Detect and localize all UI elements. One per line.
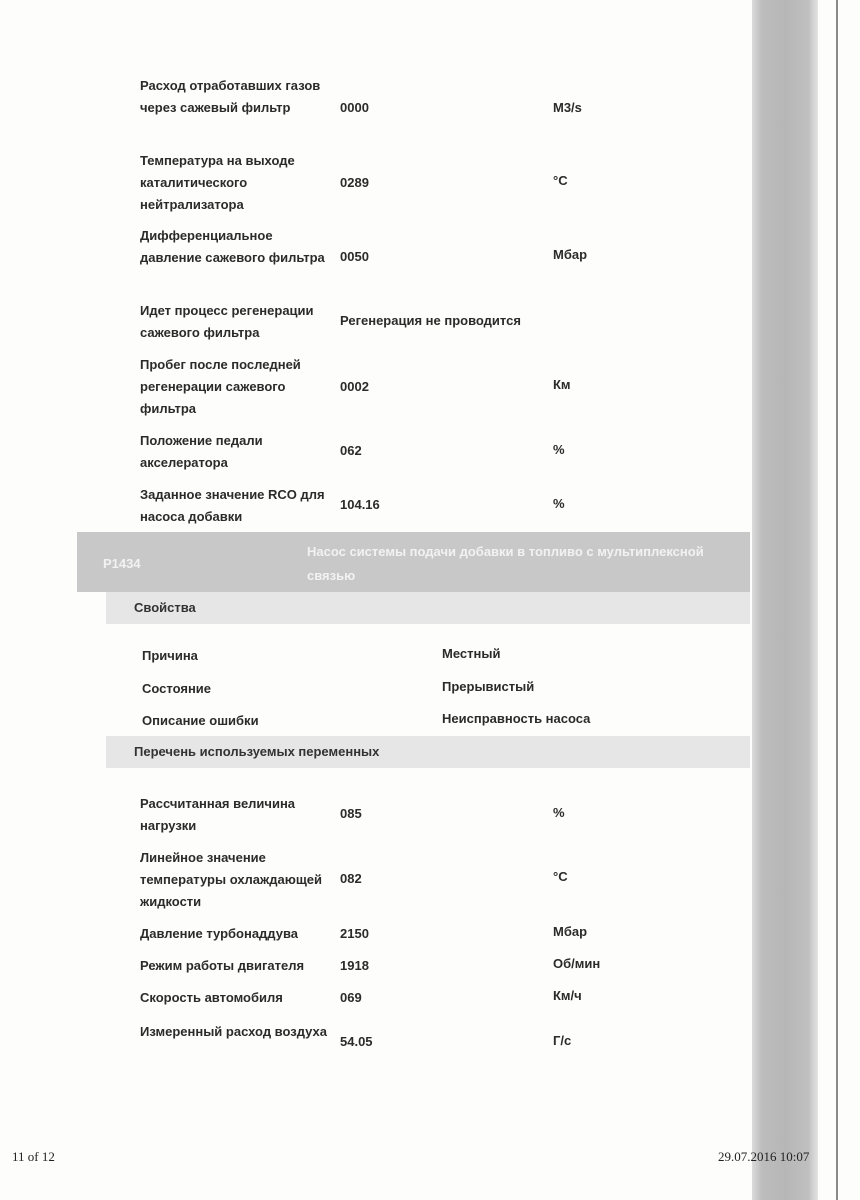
variable-label: Пробег после последней регенерации сажев… [140, 354, 335, 420]
variable-value: 0000 [340, 97, 369, 119]
property-row: Описание ошибки Неисправность насоса [142, 713, 742, 728]
variable-unit: Г/с [553, 1030, 571, 1052]
variable-row: Расход отработавших газов через сажевый … [140, 75, 740, 141]
property-label: Описание ошибки [142, 713, 259, 728]
variable-value: 2150 [340, 923, 369, 945]
variable-value: 54.05 [340, 1031, 373, 1053]
variable-row: Режим работы двигателя 1918 Об/мин [140, 955, 740, 977]
variable-label: Режим работы двигателя [140, 955, 340, 977]
property-label: Причина [142, 648, 198, 663]
variable-row: Дифференциальное давление сажевого фильт… [140, 225, 740, 291]
variable-unit: Мбар [553, 244, 587, 266]
variable-value: 104.16 [340, 494, 380, 516]
variables-title: Перечень используемых переменных [134, 744, 379, 759]
variable-row: Заданное значение RCO для насоса добавки… [140, 484, 740, 528]
print-datetime: 29.07.2016 10:07 [718, 1149, 809, 1165]
variable-unit: Мбар [553, 921, 587, 943]
variable-row: Идет процесс регенерации сажевого фильтр… [140, 300, 740, 344]
variable-unit: °C [553, 866, 568, 888]
variable-unit: % [553, 493, 565, 515]
variable-label: Идет процесс регенерации сажевого фильтр… [140, 300, 335, 344]
property-label: Состояние [142, 681, 211, 696]
variable-value: 085 [340, 803, 362, 825]
variable-value: 082 [340, 868, 362, 890]
variable-unit: Об/мин [553, 953, 600, 975]
variable-row: Измеренный расход воздуха 54.05 Г/с [140, 1021, 740, 1065]
variable-row: Линейное значение температуры охлаждающе… [140, 847, 740, 913]
property-row: Причина Местный [142, 648, 742, 663]
variable-unit: % [553, 802, 565, 824]
variables-section-header: Перечень используемых переменных [106, 736, 750, 768]
variable-label: Положение педали акселератора [140, 430, 335, 474]
variable-value: 0002 [340, 376, 369, 398]
variable-row: Пробег после последней регенерации сажев… [140, 354, 740, 420]
variable-label: Заданное значение RCO для насоса добавки [140, 484, 335, 528]
property-row: Состояние Прерывистый [142, 681, 742, 696]
variable-label: Рассчитанная величина нагрузки [140, 793, 335, 837]
variable-value: 1918 [340, 955, 369, 977]
variable-value: 0050 [340, 246, 369, 268]
variable-label: Дифференциальное давление сажевого фильт… [140, 225, 335, 269]
variable-value: 0289 [340, 172, 369, 194]
property-value: Прерывистый [442, 679, 534, 694]
variable-unit: Км/ч [553, 985, 582, 1007]
variable-label: Измеренный расход воздуха [140, 1021, 335, 1043]
variable-label: Температура на выходе каталитического не… [140, 150, 335, 216]
variable-row: Температура на выходе каталитического не… [140, 150, 740, 216]
variable-unit: % [553, 439, 565, 461]
property-value: Неисправность насоса [442, 711, 590, 726]
variable-unit: °C [553, 170, 568, 192]
variable-label: Линейное значение температуры охлаждающе… [140, 847, 335, 913]
properties-title: Свойства [134, 600, 196, 615]
variable-label: Давление турбонаддува [140, 923, 340, 945]
scanner-edge-line [836, 0, 838, 1200]
page-number: 11 of 12 [12, 1149, 55, 1165]
variable-label: Скорость автомобиля [140, 987, 335, 1009]
fault-header-bar: P1434 Насос системы подачи добавки в топ… [77, 532, 750, 592]
variable-row: Рассчитанная величина нагрузки 085 % [140, 793, 740, 837]
properties-section-header: Свойства [106, 592, 750, 624]
variable-row: Положение педали акселератора 062 % [140, 430, 740, 474]
variable-unit: Км [553, 374, 571, 396]
variable-unit: M3/s [553, 97, 582, 119]
variable-value: 069 [340, 987, 362, 1009]
variable-label: Расход отработавших газов через сажевый … [140, 75, 335, 119]
variable-row: Давление турбонаддува 2150 Мбар [140, 923, 740, 945]
variable-value: Регенерация не проводится [340, 310, 521, 332]
property-value: Местный [442, 646, 500, 661]
fault-code: P1434 [103, 556, 141, 571]
variable-row: Скорость автомобиля 069 Км/ч [140, 987, 740, 1009]
scanner-shadow-band [752, 0, 818, 1200]
variable-value: 062 [340, 440, 362, 462]
fault-description: Насос системы подачи добавки в топливо с… [307, 540, 737, 588]
